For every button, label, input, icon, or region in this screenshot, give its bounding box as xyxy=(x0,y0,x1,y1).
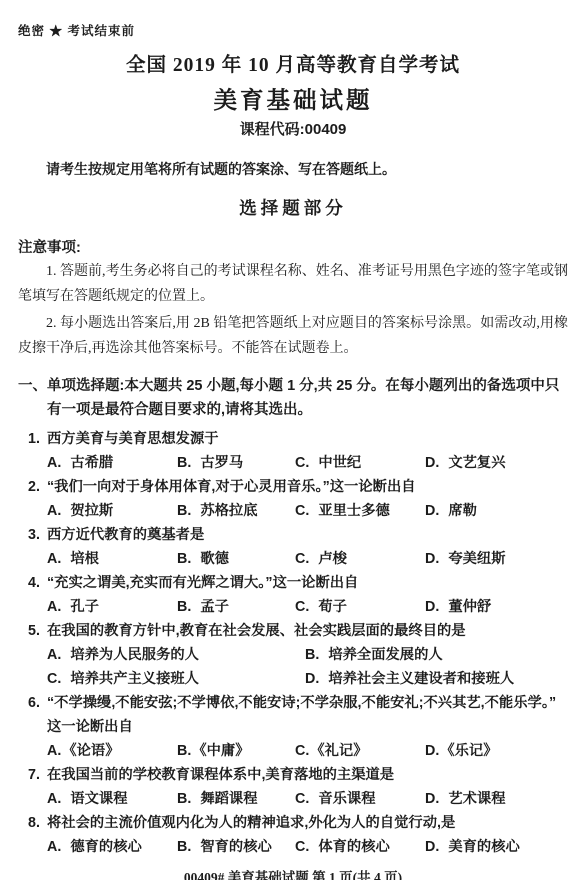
option-text: 美育的核心 xyxy=(448,839,519,855)
option-text: 培养为人民服务的人 xyxy=(70,647,199,663)
option-text: 《中庸》 xyxy=(192,743,249,759)
option-label: B. xyxy=(177,743,191,759)
option-c: C.中世纪 xyxy=(295,451,425,475)
question-1: 1. 西方美育与美育思想发源于 A.古希腊 B.古罗马 C.中世纪 D.文艺复兴 xyxy=(18,427,568,475)
option-label: C. xyxy=(295,599,309,615)
option-text: 贺拉斯 xyxy=(70,503,113,519)
option-a: A.语文课程 xyxy=(47,787,177,811)
option-text: 《礼记》 xyxy=(310,743,367,759)
question-options: A.贺拉斯 B.苏格拉底 C.亚里士多德 D.席勒 xyxy=(47,499,568,523)
option-label: C. xyxy=(295,551,309,567)
option-label: A. xyxy=(47,791,61,807)
question-number: 7. xyxy=(28,763,47,787)
option-c: C.体育的核心 xyxy=(295,835,425,859)
option-label: B. xyxy=(177,599,191,615)
option-label: A. xyxy=(47,647,61,663)
question-stem: “不学操缦,不能安弦;不学博依,不能安诗;不学杂服,不能安礼;不兴其艺,不能乐学… xyxy=(47,691,568,739)
option-label: B. xyxy=(177,551,191,567)
question-stem: 西方近代教育的奠基者是 xyxy=(47,523,568,547)
question-number: 6. xyxy=(28,691,47,739)
question-stem-row: 5. 在我国的教育方针中,教育在社会发展、社会实践层面的最终目的是 xyxy=(18,619,568,643)
option-d: D.董仲舒 xyxy=(425,595,568,619)
option-c: C.《礼记》 xyxy=(295,739,425,763)
option-text: 夸美纽斯 xyxy=(448,551,505,567)
option-d: D.艺术课程 xyxy=(425,787,568,811)
option-label: C. xyxy=(47,671,61,687)
section-title: 选择题部分 xyxy=(18,195,568,220)
option-text: 舞蹈课程 xyxy=(200,791,257,807)
option-text: 德育的核心 xyxy=(70,839,141,855)
option-label: D. xyxy=(425,791,439,807)
option-a: A.孔子 xyxy=(47,595,177,619)
option-text: 孔子 xyxy=(70,599,99,615)
option-label: B. xyxy=(177,455,191,471)
question-stem-row: 8. 将社会的主流价值观内化为人的精神追求,外化为人的自觉行动,是 xyxy=(18,811,568,835)
answer-instruction: 请考生按规定用笔将所有试题的答案涂、写在答题纸上。 xyxy=(18,159,568,179)
option-label: A. xyxy=(47,599,61,615)
question-options: A.语文课程 B.舞蹈课程 C.音乐课程 D.艺术课程 xyxy=(47,787,568,811)
option-b: B.孟子 xyxy=(177,595,295,619)
option-text: 苏格拉底 xyxy=(200,503,257,519)
question-list: 1. 西方美育与美育思想发源于 A.古希腊 B.古罗马 C.中世纪 D.文艺复兴… xyxy=(18,427,568,859)
option-text: 卢梭 xyxy=(318,551,347,567)
question-options: A.《论语》 B.《中庸》 C.《礼记》 D.《乐记》 xyxy=(47,739,568,763)
option-text: 《论语》 xyxy=(62,743,119,759)
option-a: A.贺拉斯 xyxy=(47,499,177,523)
option-label: B. xyxy=(305,647,319,663)
option-text: 培养共产主义接班人 xyxy=(70,671,199,687)
question-stem: 西方美育与美育思想发源于 xyxy=(47,427,568,451)
option-label: C. xyxy=(295,743,309,759)
question-options: A.培根 B.歌德 C.卢梭 D.夸美纽斯 xyxy=(47,547,568,571)
question-options: A.培养为人民服务的人 B.培养全面发展的人 C.培养共产主义接班人 D.培养社… xyxy=(47,643,568,691)
option-d: D.美育的核心 xyxy=(425,835,568,859)
option-a: A.培养为人民服务的人 xyxy=(47,643,305,667)
question-2: 2. “我们一向对于身体用体育,对于心灵用音乐。”这一论断出自 A.贺拉斯 B.… xyxy=(18,475,568,523)
option-d: D.培养社会主义建设者和接班人 xyxy=(305,667,568,691)
option-label: C. xyxy=(295,839,309,855)
question-7: 7. 在我国当前的学校教育课程体系中,美育落地的主渠道是 A.语文课程 B.舞蹈… xyxy=(18,763,568,811)
question-number: 8. xyxy=(28,811,47,835)
option-a: A.培根 xyxy=(47,547,177,571)
page-footer: 00409# 美育基础试题 第 1 页(共 4 页) xyxy=(18,866,568,880)
question-5: 5. 在我国的教育方针中,教育在社会发展、社会实践层面的最终目的是 A.培养为人… xyxy=(18,619,568,691)
option-b: B.苏格拉底 xyxy=(177,499,295,523)
paper-title: 美育基础试题 xyxy=(18,81,568,115)
option-text: 席勒 xyxy=(448,503,477,519)
question-number: 2. xyxy=(28,475,47,499)
option-c: C.卢梭 xyxy=(295,547,425,571)
option-c: C.荀子 xyxy=(295,595,425,619)
exam-paper-page: 绝密 ★ 考试结束前 全国 2019 年 10 月高等教育自学考试 美育基础试题… xyxy=(0,0,585,880)
option-label: C. xyxy=(295,503,309,519)
option-text: 中世纪 xyxy=(318,455,361,471)
option-text: 《乐记》 xyxy=(440,743,497,759)
question-stem: “我们一向对于身体用体育,对于心灵用音乐。”这一论断出自 xyxy=(47,475,568,499)
question-3: 3. 西方近代教育的奠基者是 A.培根 B.歌德 C.卢梭 D.夸美纽斯 xyxy=(18,523,568,571)
question-stem: “充实之谓美,充实而有光辉之谓大。”这一论断出自 xyxy=(47,571,568,595)
option-c: C.音乐课程 xyxy=(295,787,425,811)
option-label: B. xyxy=(177,503,191,519)
option-label: A. xyxy=(47,551,61,567)
question-stem-row: 3. 西方近代教育的奠基者是 xyxy=(18,523,568,547)
option-text: 亚里士多德 xyxy=(318,503,389,519)
question-6: 6. “不学操缦,不能安弦;不学博依,不能安诗;不学杂服,不能安礼;不兴其艺,不… xyxy=(18,691,568,763)
question-stem: 将社会的主流价值观内化为人的精神追求,外化为人的自觉行动,是 xyxy=(47,811,568,835)
option-b: B.智育的核心 xyxy=(177,835,295,859)
option-d: D.夸美纽斯 xyxy=(425,547,568,571)
option-label: D. xyxy=(425,839,439,855)
option-b: B.古罗马 xyxy=(177,451,295,475)
option-text: 董仲舒 xyxy=(448,599,491,615)
option-label: D. xyxy=(425,503,439,519)
option-label: D. xyxy=(425,599,439,615)
option-label: D. xyxy=(425,551,439,567)
option-c: C.亚里士多德 xyxy=(295,499,425,523)
option-text: 艺术课程 xyxy=(448,791,505,807)
question-8: 8. 将社会的主流价值观内化为人的精神追求,外化为人的自觉行动,是 A.德育的核… xyxy=(18,811,568,859)
option-text: 歌德 xyxy=(200,551,229,567)
option-label: B. xyxy=(177,839,191,855)
option-text: 体育的核心 xyxy=(318,839,389,855)
option-d: D.《乐记》 xyxy=(425,739,568,763)
option-text: 培养全面发展的人 xyxy=(328,647,442,663)
course-code: 课程代码:00409 xyxy=(18,118,568,139)
question-stem-row: 7. 在我国当前的学校教育课程体系中,美育落地的主渠道是 xyxy=(18,763,568,787)
question-number: 1. xyxy=(28,427,47,451)
option-text: 语文课程 xyxy=(70,791,127,807)
question-stem-row: 6. “不学操缦,不能安弦;不学博依,不能安诗;不学杂服,不能安礼;不兴其艺,不… xyxy=(18,691,568,739)
option-label: A. xyxy=(47,503,61,519)
option-text: 荀子 xyxy=(318,599,347,615)
option-text: 智育的核心 xyxy=(200,839,271,855)
question-number: 4. xyxy=(28,571,47,595)
question-stem-row: 4. “充实之谓美,充实而有光辉之谓大。”这一论断出自 xyxy=(18,571,568,595)
option-d: D.文艺复兴 xyxy=(425,451,568,475)
option-c: C.培养共产主义接班人 xyxy=(47,667,305,691)
option-b: B.舞蹈课程 xyxy=(177,787,295,811)
option-b: B.《中庸》 xyxy=(177,739,295,763)
option-label: D. xyxy=(425,743,439,759)
option-label: A. xyxy=(47,743,61,759)
option-a: A.德育的核心 xyxy=(47,835,177,859)
question-options: A.古希腊 B.古罗马 C.中世纪 D.文艺复兴 xyxy=(47,451,568,475)
question-stem-row: 1. 西方美育与美育思想发源于 xyxy=(18,427,568,451)
option-label: A. xyxy=(47,455,61,471)
option-text: 培养社会主义建设者和接班人 xyxy=(328,671,514,687)
option-text: 古罗马 xyxy=(200,455,243,471)
question-stem: 在我国当前的学校教育课程体系中,美育落地的主渠道是 xyxy=(47,763,568,787)
question-options: A.德育的核心 B.智育的核心 C.体育的核心 D.美育的核心 xyxy=(47,835,568,859)
option-text: 音乐课程 xyxy=(318,791,375,807)
question-number: 3. xyxy=(28,523,47,547)
question-options: A.孔子 B.孟子 C.荀子 D.董仲舒 xyxy=(47,595,568,619)
question-4: 4. “充实之谓美,充实而有光辉之谓大。”这一论断出自 A.孔子 B.孟子 C.… xyxy=(18,571,568,619)
option-label: C. xyxy=(295,455,309,471)
option-label: A. xyxy=(47,839,61,855)
option-a: A.《论语》 xyxy=(47,739,177,763)
option-label: D. xyxy=(305,671,319,687)
option-b: B.歌德 xyxy=(177,547,295,571)
notes-title: 注意事项: xyxy=(18,236,568,257)
option-a: A.古希腊 xyxy=(47,451,177,475)
question-number: 5. xyxy=(28,619,47,643)
note-item-2: 2. 每小题选出答案后,用 2B 铅笔把答题纸上对应题目的答案标号涂黑。如需改动… xyxy=(18,311,568,361)
option-text: 培根 xyxy=(70,551,99,567)
option-text: 古希腊 xyxy=(70,455,113,471)
question-stem-row: 2. “我们一向对于身体用体育,对于心灵用音乐。”这一论断出自 xyxy=(18,475,568,499)
part-heading: 一、单项选择题:本大题共 25 小题,每小题 1 分,共 25 分。在每小题列出… xyxy=(18,374,568,422)
option-label: D. xyxy=(425,455,439,471)
question-stem: 在我国的教育方针中,教育在社会发展、社会实践层面的最终目的是 xyxy=(47,619,568,643)
note-item-1: 1. 答题前,考生务必将自己的考试课程名称、姓名、准考证号用黑色字迹的签字笔或钢… xyxy=(18,259,568,309)
security-banner: 绝密 ★ 考试结束前 xyxy=(18,21,568,39)
option-d: D.席勒 xyxy=(425,499,568,523)
option-label: B. xyxy=(177,791,191,807)
exam-session-title: 全国 2019 年 10 月高等教育自学考试 xyxy=(18,49,568,77)
option-text: 孟子 xyxy=(200,599,229,615)
option-text: 文艺复兴 xyxy=(448,455,505,471)
option-b: B.培养全面发展的人 xyxy=(305,643,568,667)
option-label: C. xyxy=(295,791,309,807)
